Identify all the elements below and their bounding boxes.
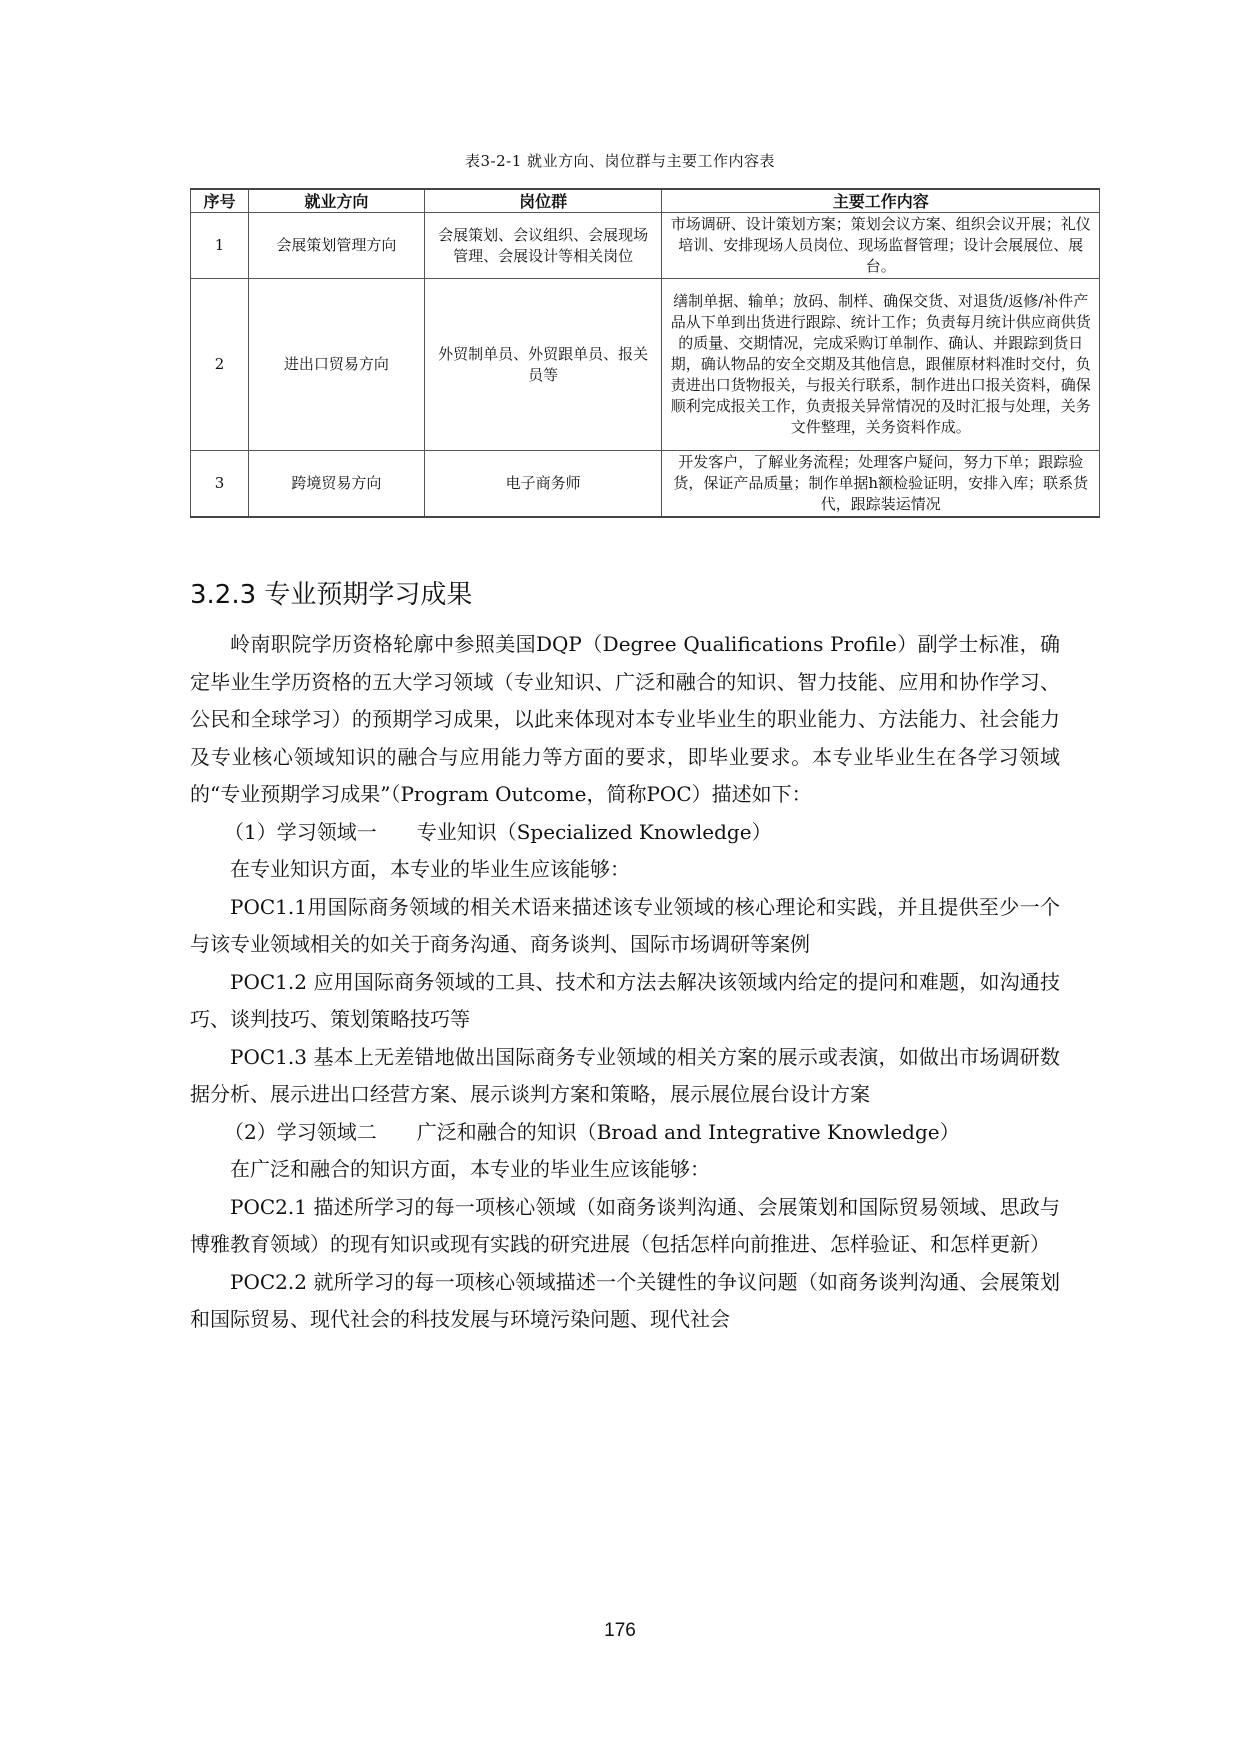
intro-paragraph: 岭南职院学历资格轮廓中参照美国DQP（Degree Qualifications…: [190, 626, 1060, 814]
cell-direction: 进出口贸易方向: [248, 279, 424, 451]
domain-2-title: （2）学习领域二 广泛和融合的知识（Broad and Integrative …: [190, 1114, 1060, 1152]
header-work: 主要工作内容: [662, 189, 1100, 213]
cell-work: 开发客户，了解业务流程；处理客户疑问，努力下单；跟踪验货，保证产品质量；制作单据…: [662, 451, 1100, 517]
cell-posts: 电子商务师: [424, 451, 662, 517]
cell-seq: 3: [191, 451, 249, 517]
poc-2-1: POC2.1 描述所学习的每一项核心领域（如商务谈判沟通、会展策划和国际贸易领域…: [190, 1189, 1060, 1264]
header-direction: 就业方向: [248, 189, 424, 213]
cell-seq: 1: [191, 213, 249, 279]
cell-work: 市场调研、设计策划方案；策划会议方案、组织会议开展；礼仪培训、安排现场人员岗位、…: [662, 213, 1100, 279]
header-posts: 岗位群: [424, 189, 662, 213]
domain-1-title: （1）学习领域一 专业知识（Specialized Knowledge）: [190, 814, 1060, 852]
table-row: 2 进出口贸易方向 外贸制单员、外贸跟单员、报关员等 缮制单据、输单；放码、制样…: [191, 279, 1100, 451]
table-row: 1 会展策划管理方向 会展策划、会议组织、会展现场管理、会展设计等相关岗位 市场…: [191, 213, 1100, 279]
cell-posts: 外贸制单员、外贸跟单员、报关员等: [424, 279, 662, 451]
cell-work: 缮制单据、输单；放码、制样、确保交货、对退货/返修/补件产品从下单到出货进行跟踪…: [662, 279, 1100, 451]
cell-direction: 跨境贸易方向: [248, 451, 424, 517]
poc-2-2: POC2.2 就所学习的每一项核心领域描述一个关键性的争议问题（如商务谈判沟通、…: [190, 1264, 1060, 1339]
cell-seq: 2: [191, 279, 249, 451]
employment-direction-table: 序号 就业方向 岗位群 主要工作内容 1 会展策划管理方向 会展策划、会议组织、…: [190, 188, 1100, 518]
table-caption: 表3-2-1 就业方向、岗位群与主要工作内容表: [0, 150, 1240, 171]
domain-2-lead: 在广泛和融合的知识方面，本专业的毕业生应该能够：: [190, 1151, 1060, 1189]
poc-1-2: POC1.2 应用国际商务领域的工具、技术和方法去解决该领域内给定的提问和难题，…: [190, 964, 1060, 1039]
table-row: 3 跨境贸易方向 电子商务师 开发客户，了解业务流程；处理客户疑问，努力下单；跟…: [191, 451, 1100, 517]
section-body: 岭南职院学历资格轮廓中参照美国DQP（Degree Qualifications…: [190, 626, 1060, 1339]
poc-1-1: POC1.1用国际商务领域的相关术语来描述该专业领域的核心理论和实践，并且提供至…: [190, 889, 1060, 964]
domain-1-lead: 在专业知识方面，本专业的毕业生应该能够：: [190, 851, 1060, 889]
poc-1-3: POC1.3 基本上无差错地做出国际商务专业领域的相关方案的展示或表演，如做出市…: [190, 1039, 1060, 1114]
header-seq: 序号: [191, 189, 249, 213]
section-heading: 3.2.3 专业预期学习成果: [190, 574, 472, 611]
page-number: 176: [0, 1620, 1240, 1642]
cell-direction: 会展策划管理方向: [248, 213, 424, 279]
table-header-row: 序号 就业方向 岗位群 主要工作内容: [191, 189, 1100, 213]
cell-posts: 会展策划、会议组织、会展现场管理、会展设计等相关岗位: [424, 213, 662, 279]
